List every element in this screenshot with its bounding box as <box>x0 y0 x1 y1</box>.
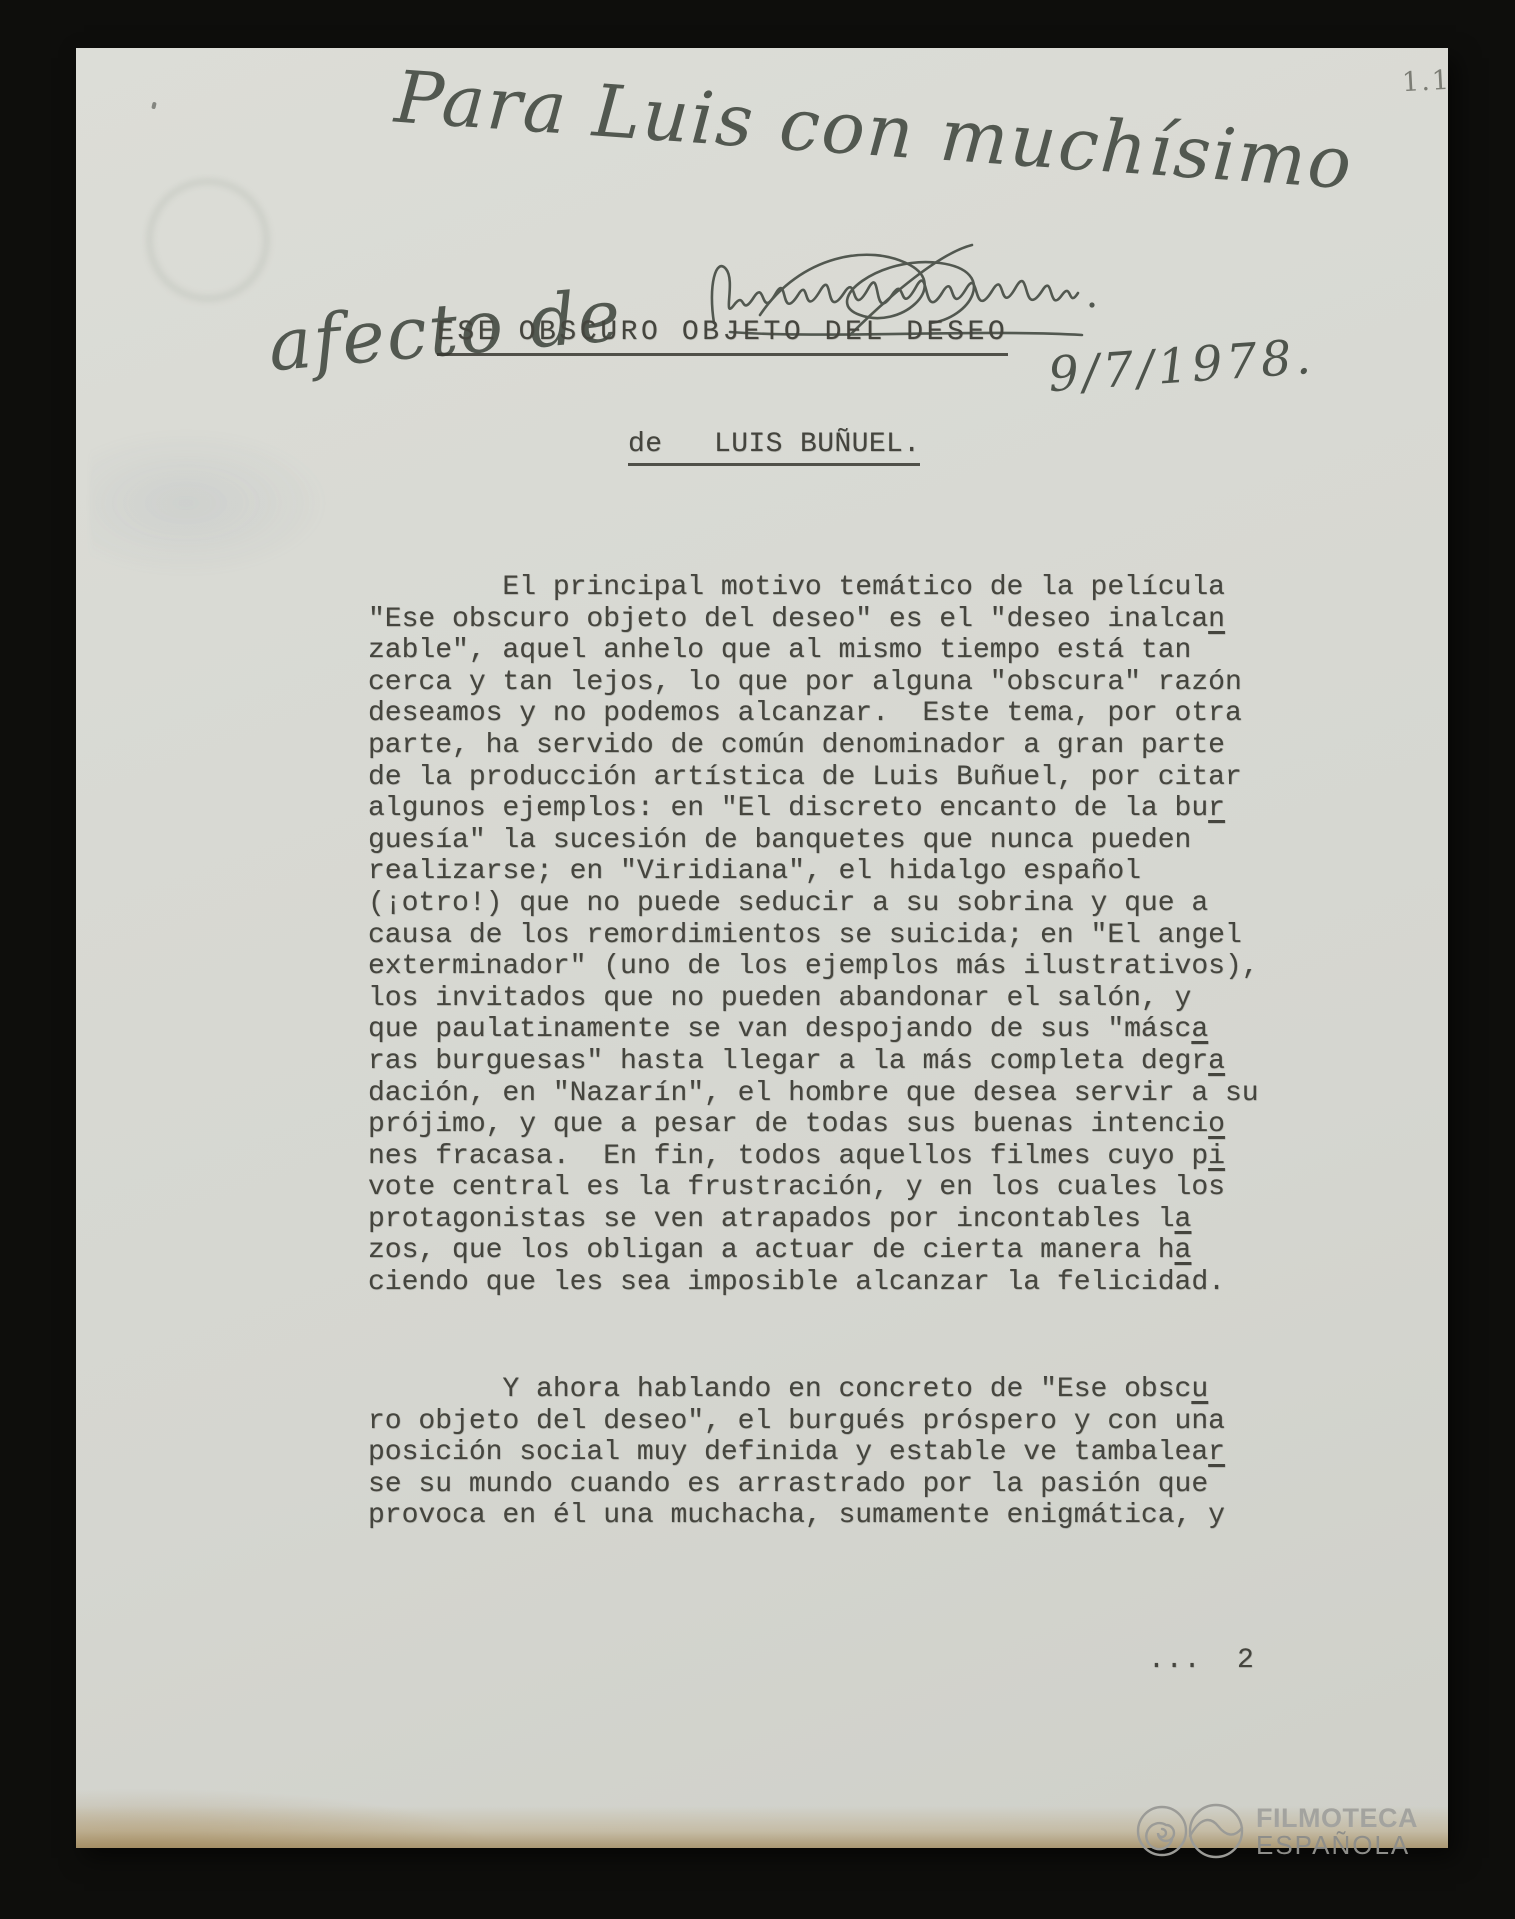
text-line: provoca en él una muchacha, sumamente en… <box>368 1500 1225 1532</box>
text-line: ras burguesas" hasta llegar a la más com… <box>368 1046 1259 1078</box>
text-line: realizarse; en "Viridiana", el hidalgo e… <box>368 856 1259 888</box>
typescript-page: Para Luis con muchísimo afecto de 9/7/19… <box>76 48 1448 1848</box>
text-line: posición social muy definida y estable v… <box>368 1437 1225 1469</box>
text-line: guesía" la sucesión de banquetes que nun… <box>368 825 1259 857</box>
text-line: zos, que los obligan a actuar de cierta … <box>368 1235 1259 1267</box>
text-line: Y ahora hablando en concreto de "Ese obs… <box>368 1374 1225 1406</box>
text-line: "Ese obscuro objeto del deseo" es el "de… <box>368 604 1259 636</box>
text-line: zable", aquel anhelo que al mismo tiempo… <box>368 635 1259 667</box>
text-line: se su mundo cuando es arrastrado por la … <box>368 1469 1225 1501</box>
corner-page-mark: 1.1 <box>1401 65 1452 99</box>
text-line: protagonistas se ven atrapados por incon… <box>368 1204 1259 1236</box>
filmoteca-logo-icon <box>1134 1800 1252 1862</box>
filmoteca-text-line2: ESPAÑOLA <box>1256 1830 1410 1861</box>
handwritten-dedication-line1: Para Luis con muchísimo <box>392 55 1356 206</box>
scanned-document-photo: Para Luis con muchísimo afecto de 9/7/19… <box>0 0 1515 1919</box>
text-line: nes fracasa. En fin, todos aquellos film… <box>368 1141 1259 1173</box>
page-continuation-marker: ... 2 <box>1148 1645 1255 1676</box>
text-line: de la producción artística de Luis Buñue… <box>368 762 1259 794</box>
text-line: El principal motivo temático de la pelíc… <box>368 572 1259 604</box>
text-line: dación, en "Nazarín", el hombre que dese… <box>368 1078 1259 1110</box>
body-paragraph-2: Y ahora hablando en concreto de "Ese obs… <box>368 1374 1225 1532</box>
stamp-bleedthrough <box>146 178 270 302</box>
text-line: cerca y tan lejos, lo que por alguna "ob… <box>368 667 1259 699</box>
text-line: parte, ha servido de común denominador a… <box>368 730 1259 762</box>
text-line: prójimo, y que a pesar de todas sus buen… <box>368 1109 1259 1141</box>
filmoteca-watermark: FILMOTECA ESPAÑOLA <box>1134 1800 1439 1862</box>
document-byline: de LUIS BUÑUEL. <box>628 429 920 466</box>
text-line: vote central es la frustración, y en los… <box>368 1172 1259 1204</box>
text-line: exterminador" (uno de los ejemplos más i… <box>368 951 1259 983</box>
text-line: causa de los remordimientos se suicida; … <box>368 920 1259 952</box>
text-line: ro objeto del deseo", el burgués prósper… <box>368 1406 1225 1438</box>
body-paragraph-1: El principal motivo temático de la pelíc… <box>368 572 1259 1299</box>
pencil-speck <box>151 102 157 110</box>
text-line: que paulatinamente se van despojando de … <box>368 1014 1259 1046</box>
text-line: algunos ejemplos: en "El discreto encant… <box>368 793 1259 825</box>
text-line: los invitados que no pueden abandonar el… <box>368 983 1259 1015</box>
text-line: deseamos y no podemos alcanzar. Este tem… <box>368 698 1259 730</box>
document-title: ESE OBSCURO OBJETO DEL DESEO <box>437 317 1008 356</box>
text-line: ciendo que les sea imposible alcanzar la… <box>368 1267 1259 1299</box>
ink-bleedthrough <box>90 428 330 578</box>
text-line: (¡otro!) que no puede seducir a su sobri… <box>368 888 1259 920</box>
